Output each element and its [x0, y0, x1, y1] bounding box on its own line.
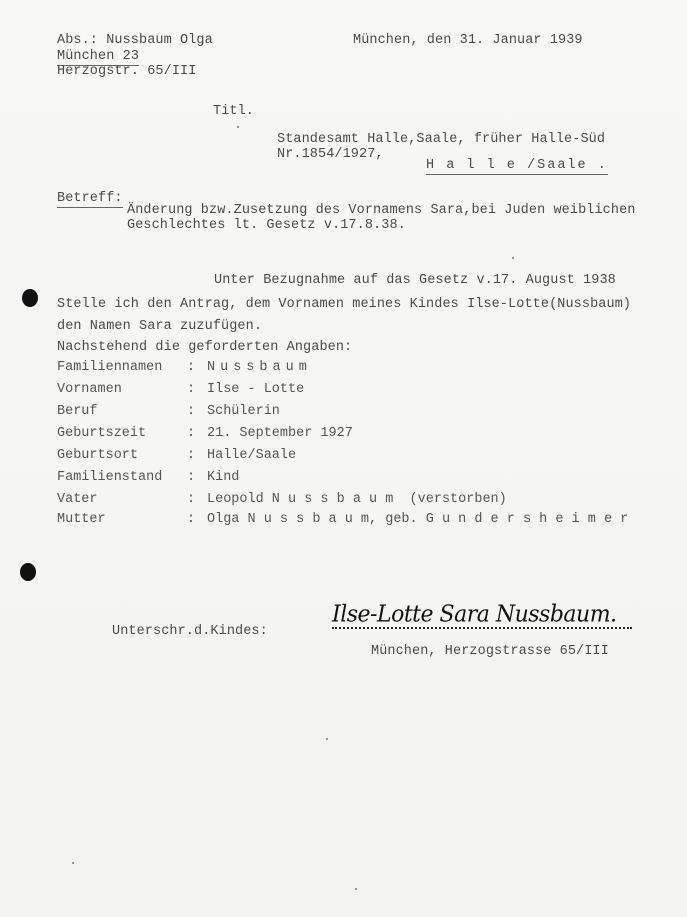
detail-label: Geburtsort — [57, 448, 187, 464]
detail-label: Geburtszeit — [57, 426, 187, 442]
detail-colon: : — [187, 512, 207, 528]
date-line: München, den 31. Januar 1939 — [353, 33, 583, 49]
detail-row: Mutter:Olga N u s s b a u m, geb. G u n … — [57, 512, 628, 528]
subject-line-2: Geschlechtes lt. Gesetz v.17.8.38. — [127, 218, 406, 234]
punch-hole-top — [22, 289, 38, 307]
detail-row: Vater:Leopold N u s s b a u m (verstorbe… — [57, 492, 507, 508]
salutation: Titl. — [213, 104, 254, 120]
detail-value: Nussbaum — [207, 360, 312, 375]
detail-label: Beruf — [57, 404, 187, 420]
detail-label: Vater — [57, 492, 187, 508]
detail-value: Olga N u s s b a u m, geb. G u n d e r s… — [207, 512, 628, 527]
recipient-office: Standesamt Halle,Saale, früher Halle-Süd — [277, 132, 605, 148]
signature-label: Unterschr.d.Kindes: — [112, 624, 268, 640]
scan-speck — [355, 888, 357, 890]
detail-colon: : — [187, 426, 207, 442]
body-line-1: Unter Bezugnahme auf das Gesetz v.17. Au… — [214, 273, 616, 289]
scan-speck — [237, 126, 239, 128]
detail-value: 21. September 1927 — [207, 426, 353, 441]
scan-speck — [326, 738, 328, 740]
detail-label: Mutter — [57, 512, 187, 528]
body-line-3: den Namen Sara zuzufügen. — [57, 319, 262, 335]
detail-colon: : — [187, 360, 207, 376]
detail-label: Familiennamen — [57, 360, 187, 376]
detail-row: Geburtsort:Halle/Saale — [57, 448, 296, 464]
signature-dotted-line — [332, 627, 632, 629]
body-line-4: Nachstehend die geforderten Angaben: — [57, 340, 352, 356]
handwritten-signature: Ilse-Lotte Sara Nussbaum. — [332, 601, 617, 627]
subject-label: Betreff: — [57, 191, 123, 208]
subject-line-1: Änderung bzw.Zusetzung des Vornamens Sar… — [127, 203, 635, 219]
sender-name: Abs.: Nussbaum Olga — [57, 33, 213, 49]
scan-speck — [512, 257, 514, 259]
sender-street: Herzogstr. 65/III — [57, 64, 196, 80]
recipient-city: H a l l e /Saale . — [426, 158, 608, 175]
detail-label: Vornamen — [57, 382, 187, 398]
detail-value: Ilse - Lotte — [207, 382, 304, 397]
detail-colon: : — [187, 470, 207, 486]
body-line-2: Stelle ich den Antrag, dem Vornamen mein… — [57, 297, 631, 313]
document-page: Abs.: Nussbaum Olga München 23 Herzogstr… — [0, 0, 687, 917]
detail-colon: : — [187, 382, 207, 398]
punch-hole-bottom — [20, 563, 36, 581]
signature-address: München, Herzogstrasse 65/III — [371, 644, 609, 660]
detail-row: Geburtszeit:21. September 1927 — [57, 426, 353, 442]
recipient-number: Nr.1854/1927, — [277, 147, 384, 163]
detail-row: Familiennamen:Nussbaum — [57, 360, 312, 376]
scan-speck — [72, 862, 74, 864]
detail-value: Schülerin — [207, 404, 280, 419]
detail-value: Kind — [207, 470, 239, 485]
detail-row: Familienstand:Kind — [57, 470, 239, 486]
detail-colon: : — [187, 404, 207, 420]
detail-row: Vornamen:Ilse - Lotte — [57, 382, 304, 398]
detail-colon: : — [187, 492, 207, 508]
detail-label: Familienstand — [57, 470, 187, 486]
detail-colon: : — [187, 448, 207, 464]
detail-row: Beruf:Schülerin — [57, 404, 280, 420]
detail-value: Leopold N u s s b a u m (verstorben) — [207, 492, 507, 507]
detail-value: Halle/Saale — [207, 448, 296, 463]
